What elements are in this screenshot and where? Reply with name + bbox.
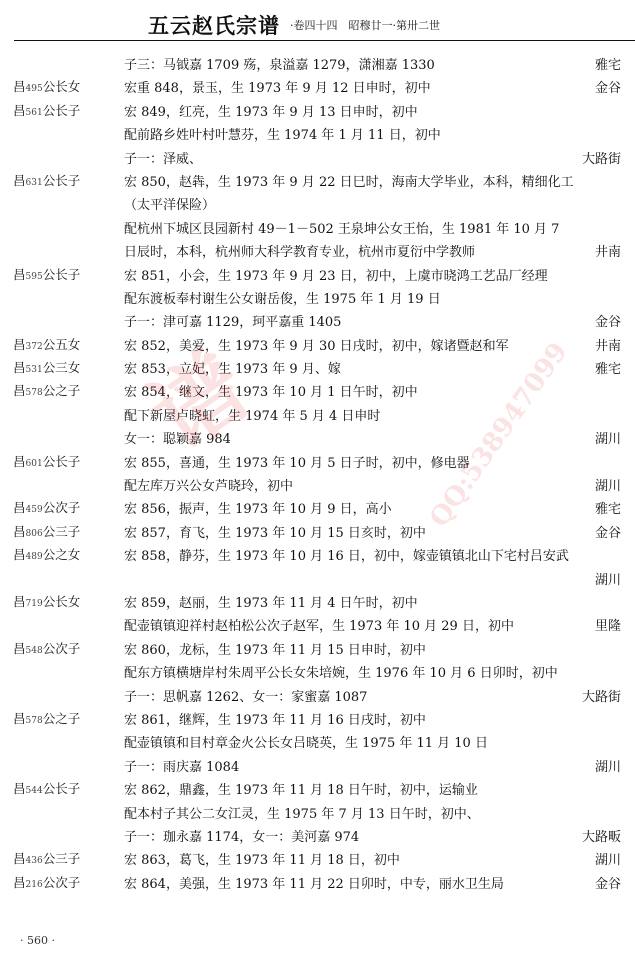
place-name: 雅宅 xyxy=(595,498,621,517)
entry-text: 配左库万兴公女芦晓玲，初中 xyxy=(124,475,293,494)
parent-reference: 昌495公长女 xyxy=(13,77,80,95)
parent-number: 372 xyxy=(26,342,43,352)
parent-prefix: 昌 xyxy=(13,524,26,539)
entry-line: 配左库万兴公女芦晓玲，初中湖川 xyxy=(0,475,635,498)
entry-line: 昌578公之子宏 861，继辉，生 1973 年 11 月 16 日戌时，初中 xyxy=(0,709,635,732)
entry-line: 昌561公长子宏 849，红亮，生 1973 年 9 月 13 日申时，初中 xyxy=(0,101,635,124)
entry-text: 子一：思帆嘉 1262、女一：家蜜嘉 1087 xyxy=(124,686,367,705)
parent-reference: 昌578公之子 xyxy=(13,381,80,399)
entry-text: 宏 862，鼎鑫，生 1973 年 11 月 18 日午时，初中，运输业 xyxy=(124,779,478,798)
entry-line: 子一：雨庆嘉 1084湖川 xyxy=(0,756,635,779)
entry-line: 子一：津可嘉 1129，珂平嘉重 1405金谷 xyxy=(0,311,635,334)
parent-reference: 昌601公长子 xyxy=(13,452,80,470)
place-name: 大路畈 xyxy=(582,826,621,845)
entry-line: （太平洋保险） xyxy=(0,194,635,217)
entry-line: 配东渡板奉村谢生公女谢岳俊，生 1975 年 1 月 19 日 xyxy=(0,288,635,311)
parent-reference: 昌216公次子 xyxy=(13,873,80,891)
entry-line: 配壶镇镇迎祥村赵柏松公次子赵军，生 1973 年 10 月 29 日，初中里隆 xyxy=(0,615,635,638)
place-name: 井南 xyxy=(595,241,621,260)
entry-text: 宏 858，静芬，生 1973 年 10 月 16 日，初中，嫁壶镇镇北山下宅村… xyxy=(124,545,569,564)
parent-prefix: 昌 xyxy=(13,79,26,94)
page-title: 五云赵氏宗谱 xyxy=(148,10,280,40)
entry-text: 宏 860，龙标，生 1973 年 11 月 15 日申时，初中 xyxy=(124,639,426,658)
place-name: 湖川 xyxy=(595,428,621,447)
entry-line: 配壶镇镇和目村章金火公长女吕晓英，生 1975 年 11 月 10 日 xyxy=(0,732,635,755)
entry-line: 昌595公长子宏 851，小会，生 1973 年 9 月 23 日，初中，上虞市… xyxy=(0,265,635,288)
parent-reference: 昌459公次子 xyxy=(13,498,80,516)
place-name: 井南 xyxy=(595,335,621,354)
entry-line: 子一：泽威、大路街 xyxy=(0,148,635,171)
parent-number: 544 xyxy=(26,786,43,796)
entry-line: 配下新屋卢晓虹，生 1974 年 5 月 4 日申时 xyxy=(0,405,635,428)
entry-line: 子一：思帆嘉 1262、女一：家蜜嘉 1087大路街 xyxy=(0,686,635,709)
genealogy-entries: 子三：马钺嘉 1709 殇，泉溢嘉 1279，潇湘嘉 1330雅宅昌495公长女… xyxy=(0,54,635,896)
parent-reference: 昌719公长女 xyxy=(13,592,80,610)
parent-relation: 公次子 xyxy=(43,500,81,515)
parent-reference: 昌489公之女 xyxy=(13,545,80,563)
entry-text: 配本村子其公二女江灵，生 1975 年 7 月 13 日午时，初中、 xyxy=(124,803,480,822)
entry-text: 子一：津可嘉 1129，珂平嘉重 1405 xyxy=(124,311,341,330)
parent-relation: 公长子 xyxy=(43,454,81,469)
entry-text: 宏 864，美强，生 1973 年 11 月 22 日卯时，中专，丽水卫生局 xyxy=(124,873,504,892)
parent-reference: 昌806公三子 xyxy=(13,522,80,540)
parent-prefix: 昌 xyxy=(13,267,26,282)
parent-relation: 公长女 xyxy=(43,79,81,94)
parent-number: 436 xyxy=(26,856,43,866)
parent-relation: 公三子 xyxy=(43,524,81,539)
parent-reference: 昌372公五女 xyxy=(13,335,80,353)
parent-reference: 昌578公之子 xyxy=(13,709,80,727)
header-rule xyxy=(14,40,635,41)
parent-number: 459 xyxy=(26,505,43,515)
entry-line: 配东方镇横塘岸村朱周平公长女朱培婉，生 1976 年 10 月 6 日卯时，初中 xyxy=(0,662,635,685)
place-name: 金谷 xyxy=(595,311,621,330)
parent-relation: 公之女 xyxy=(43,547,81,562)
entry-line: 子一：珈永嘉 1174，女一：美河嘉 974大路畈 xyxy=(0,826,635,849)
entry-text: 宏 859，赵丽，生 1973 年 11 月 4 日午时，初中 xyxy=(124,592,418,611)
entry-line: 昌601公长子宏 855，喜通，生 1973 年 10 月 5 日子时，初中，修… xyxy=(0,452,635,475)
page-subtitle: ·卷四十四 昭穆廿一·第卅二世 xyxy=(290,17,440,33)
entry-text: 配杭州下城区艮园新村 49－1－502 王泉坤公女王怡，生 1981 年 10 … xyxy=(124,218,559,237)
entry-line: 配前路乡姓叶村叶慧芬，生 1974 年 1 月 11 日，初中 xyxy=(0,124,635,147)
parent-prefix: 昌 xyxy=(13,360,26,375)
entry-line: 昌578公之子宏 854，继文，生 1973 年 10 月 1 日午时，初中 xyxy=(0,381,635,404)
entry-text: 宏 852，美爱，生 1973 年 9 月 30 日戌时，初中，嫁诸暨赵和军 xyxy=(124,335,509,354)
entry-line: 昌372公五女宏 852，美爱，生 1973 年 9 月 30 日戌时，初中，嫁… xyxy=(0,335,635,358)
entry-text: 日辰时，本科，杭州师大科学教育专业，杭州市夏衍中学教师 xyxy=(124,241,475,260)
entry-line: 昌436公三子宏 863，葛飞，生 1973 年 11 月 18 日，初中湖川 xyxy=(0,849,635,872)
parent-relation: 公五女 xyxy=(43,337,81,352)
entry-text: （太平洋保险） xyxy=(124,194,215,213)
entry-line: 子三：马钺嘉 1709 殇，泉溢嘉 1279，潇湘嘉 1330雅宅 xyxy=(0,54,635,77)
parent-relation: 公长子 xyxy=(43,267,81,282)
place-name: 湖川 xyxy=(595,756,621,775)
parent-prefix: 昌 xyxy=(13,454,26,469)
parent-relation: 公三子 xyxy=(43,851,81,866)
entry-text: 宏 851，小会，生 1973 年 9 月 23 日，初中，上虞市晓鸿工艺品厂经… xyxy=(124,265,548,284)
place-name: 金谷 xyxy=(595,873,621,892)
entry-text: 宏重 848，景玉，生 1973 年 9 月 12 日申时，初中 xyxy=(124,77,431,96)
parent-number: 216 xyxy=(26,880,43,890)
parent-prefix: 昌 xyxy=(13,547,26,562)
entry-line: 昌216公次子宏 864，美强，生 1973 年 11 月 22 日卯时，中专，… xyxy=(0,873,635,896)
parent-relation: 公长子 xyxy=(43,781,81,796)
parent-number: 561 xyxy=(26,108,43,118)
parent-reference: 昌561公长子 xyxy=(13,101,80,119)
parent-number: 495 xyxy=(26,84,43,94)
entry-text: 配下新屋卢晓虹，生 1974 年 5 月 4 日申时 xyxy=(124,405,380,424)
parent-relation: 公次子 xyxy=(43,641,81,656)
place-name: 大路街 xyxy=(582,148,621,167)
place-name: 雅宅 xyxy=(595,358,621,377)
entry-text: 子一：雨庆嘉 1084 xyxy=(124,756,239,775)
parent-number: 601 xyxy=(26,459,43,469)
page-header: 五云赵氏宗谱 ·卷四十四 昭穆廿一·第卅二世 xyxy=(0,0,635,44)
entry-text: 宏 853，立妃，生 1973 年 9 月、嫁 xyxy=(124,358,341,377)
entry-text: 宏 856，振声，生 1973 年 10 月 9 日，高小 xyxy=(124,498,392,517)
place-name: 雅宅 xyxy=(595,54,621,73)
entry-text: 子一：珈永嘉 1174，女一：美河嘉 974 xyxy=(124,826,359,845)
parent-relation: 公次子 xyxy=(43,875,81,890)
entry-line: 昌459公次子宏 856，振声，生 1973 年 10 月 9 日，高小雅宅 xyxy=(0,498,635,521)
parent-relation: 公长子 xyxy=(43,173,81,188)
parent-prefix: 昌 xyxy=(13,383,26,398)
entry-line: 昌806公三子宏 857，育飞，生 1973 年 10 月 15 日亥时，初中金… xyxy=(0,522,635,545)
parent-prefix: 昌 xyxy=(13,875,26,890)
parent-prefix: 昌 xyxy=(13,500,26,515)
parent-prefix: 昌 xyxy=(13,711,26,726)
entry-text: 女一：聪颖嘉 984 xyxy=(124,428,231,447)
parent-reference: 昌595公长子 xyxy=(13,265,80,283)
entry-line: 配杭州下城区艮园新村 49－1－502 王泉坤公女王怡，生 1981 年 10 … xyxy=(0,218,635,241)
entry-line: 昌489公之女宏 858，静芬，生 1973 年 10 月 16 日，初中，嫁壶… xyxy=(0,545,635,568)
place-name: 金谷 xyxy=(595,522,621,541)
entry-line: 配本村子其公二女江灵，生 1975 年 7 月 13 日午时，初中、 xyxy=(0,803,635,826)
entry-line: 昌495公长女宏重 848，景玉，生 1973 年 9 月 12 日申时，初中金… xyxy=(0,77,635,100)
parent-number: 548 xyxy=(26,646,43,656)
parent-prefix: 昌 xyxy=(13,851,26,866)
entry-line: 昌531公三女宏 853，立妃，生 1973 年 9 月、嫁雅宅 xyxy=(0,358,635,381)
parent-reference: 昌544公长子 xyxy=(13,779,80,797)
parent-reference: 昌548公次子 xyxy=(13,639,80,657)
parent-prefix: 昌 xyxy=(13,594,26,609)
entry-text: 配壶镇镇和目村章金火公长女吕晓英，生 1975 年 11 月 10 日 xyxy=(124,732,488,751)
parent-number: 531 xyxy=(26,365,43,375)
entry-line: 昌631公长子宏 850，赵犇，生 1973 年 9 月 22 日巳时，海南大学… xyxy=(0,171,635,194)
parent-number: 578 xyxy=(26,716,43,726)
place-name: 湖川 xyxy=(595,475,621,494)
parent-number: 806 xyxy=(26,529,43,539)
parent-prefix: 昌 xyxy=(13,173,26,188)
parent-prefix: 昌 xyxy=(13,641,26,656)
entry-text: 配前路乡姓叶村叶慧芬，生 1974 年 1 月 11 日，初中 xyxy=(124,124,441,143)
parent-reference: 昌631公长子 xyxy=(13,171,80,189)
entry-text: 宏 861，继辉，生 1973 年 11 月 16 日戌时，初中 xyxy=(124,709,426,728)
entry-line: 昌719公长女宏 859，赵丽，生 1973 年 11 月 4 日午时，初中 xyxy=(0,592,635,615)
entry-text: 配壶镇镇迎祥村赵柏松公次子赵军，生 1973 年 10 月 29 日，初中 xyxy=(124,615,514,634)
place-name: 湖川 xyxy=(595,849,621,868)
entry-line: 湖川 xyxy=(0,569,635,592)
place-name: 金谷 xyxy=(595,77,621,96)
parent-number: 631 xyxy=(26,178,43,188)
parent-reference: 昌531公三女 xyxy=(13,358,80,376)
parent-reference: 昌436公三子 xyxy=(13,849,80,867)
parent-number: 578 xyxy=(26,388,43,398)
entry-text: 宏 857，育飞，生 1973 年 10 月 15 日亥时，初中 xyxy=(124,522,426,541)
entry-text: 宏 854，继文，生 1973 年 10 月 1 日午时，初中 xyxy=(124,381,418,400)
entry-text: 宏 855，喜通，生 1973 年 10 月 5 日子时，初中，修电器 xyxy=(124,452,470,471)
place-name: 里隆 xyxy=(595,615,621,634)
parent-number: 489 xyxy=(26,552,43,562)
entry-text: 配东方镇横塘岸村朱周平公长女朱培婉，生 1976 年 10 月 6 日卯时，初中 xyxy=(124,662,558,681)
parent-number: 719 xyxy=(26,599,43,609)
parent-number: 595 xyxy=(26,272,43,282)
parent-relation: 公之子 xyxy=(43,383,81,398)
entry-line: 昌544公长子宏 862，鼎鑫，生 1973 年 11 月 18 日午时，初中，… xyxy=(0,779,635,802)
entry-text: 配东渡板奉村谢生公女谢岳俊，生 1975 年 1 月 19 日 xyxy=(124,288,441,307)
place-name: 湖川 xyxy=(595,569,621,588)
entry-text: 宏 850，赵犇，生 1973 年 9 月 22 日巳时，海南大学毕业，本科，精… xyxy=(124,171,574,190)
parent-relation: 公长子 xyxy=(43,103,81,118)
parent-relation: 公之子 xyxy=(43,711,81,726)
parent-relation: 公长女 xyxy=(43,594,81,609)
entry-text: 子一：泽威、 xyxy=(124,148,202,167)
parent-prefix: 昌 xyxy=(13,781,26,796)
entry-text: 宏 863，葛飞，生 1973 年 11 月 18 日，初中 xyxy=(124,849,400,868)
parent-prefix: 昌 xyxy=(13,103,26,118)
entry-line: 日辰时，本科，杭州师大科学教育专业，杭州市夏衍中学教师井南 xyxy=(0,241,635,264)
entry-line: 女一：聪颖嘉 984湖川 xyxy=(0,428,635,451)
entry-text: 子三：马钺嘉 1709 殇，泉溢嘉 1279，潇湘嘉 1330 xyxy=(124,54,435,73)
page-number: · 560 · xyxy=(20,934,55,947)
parent-prefix: 昌 xyxy=(13,337,26,352)
place-name: 大路街 xyxy=(582,686,621,705)
entry-line: 昌548公次子宏 860，龙标，生 1973 年 11 月 15 日申时，初中 xyxy=(0,639,635,662)
parent-relation: 公三女 xyxy=(43,360,81,375)
entry-text: 宏 849，红亮，生 1973 年 9 月 13 日申时，初中 xyxy=(124,101,418,120)
